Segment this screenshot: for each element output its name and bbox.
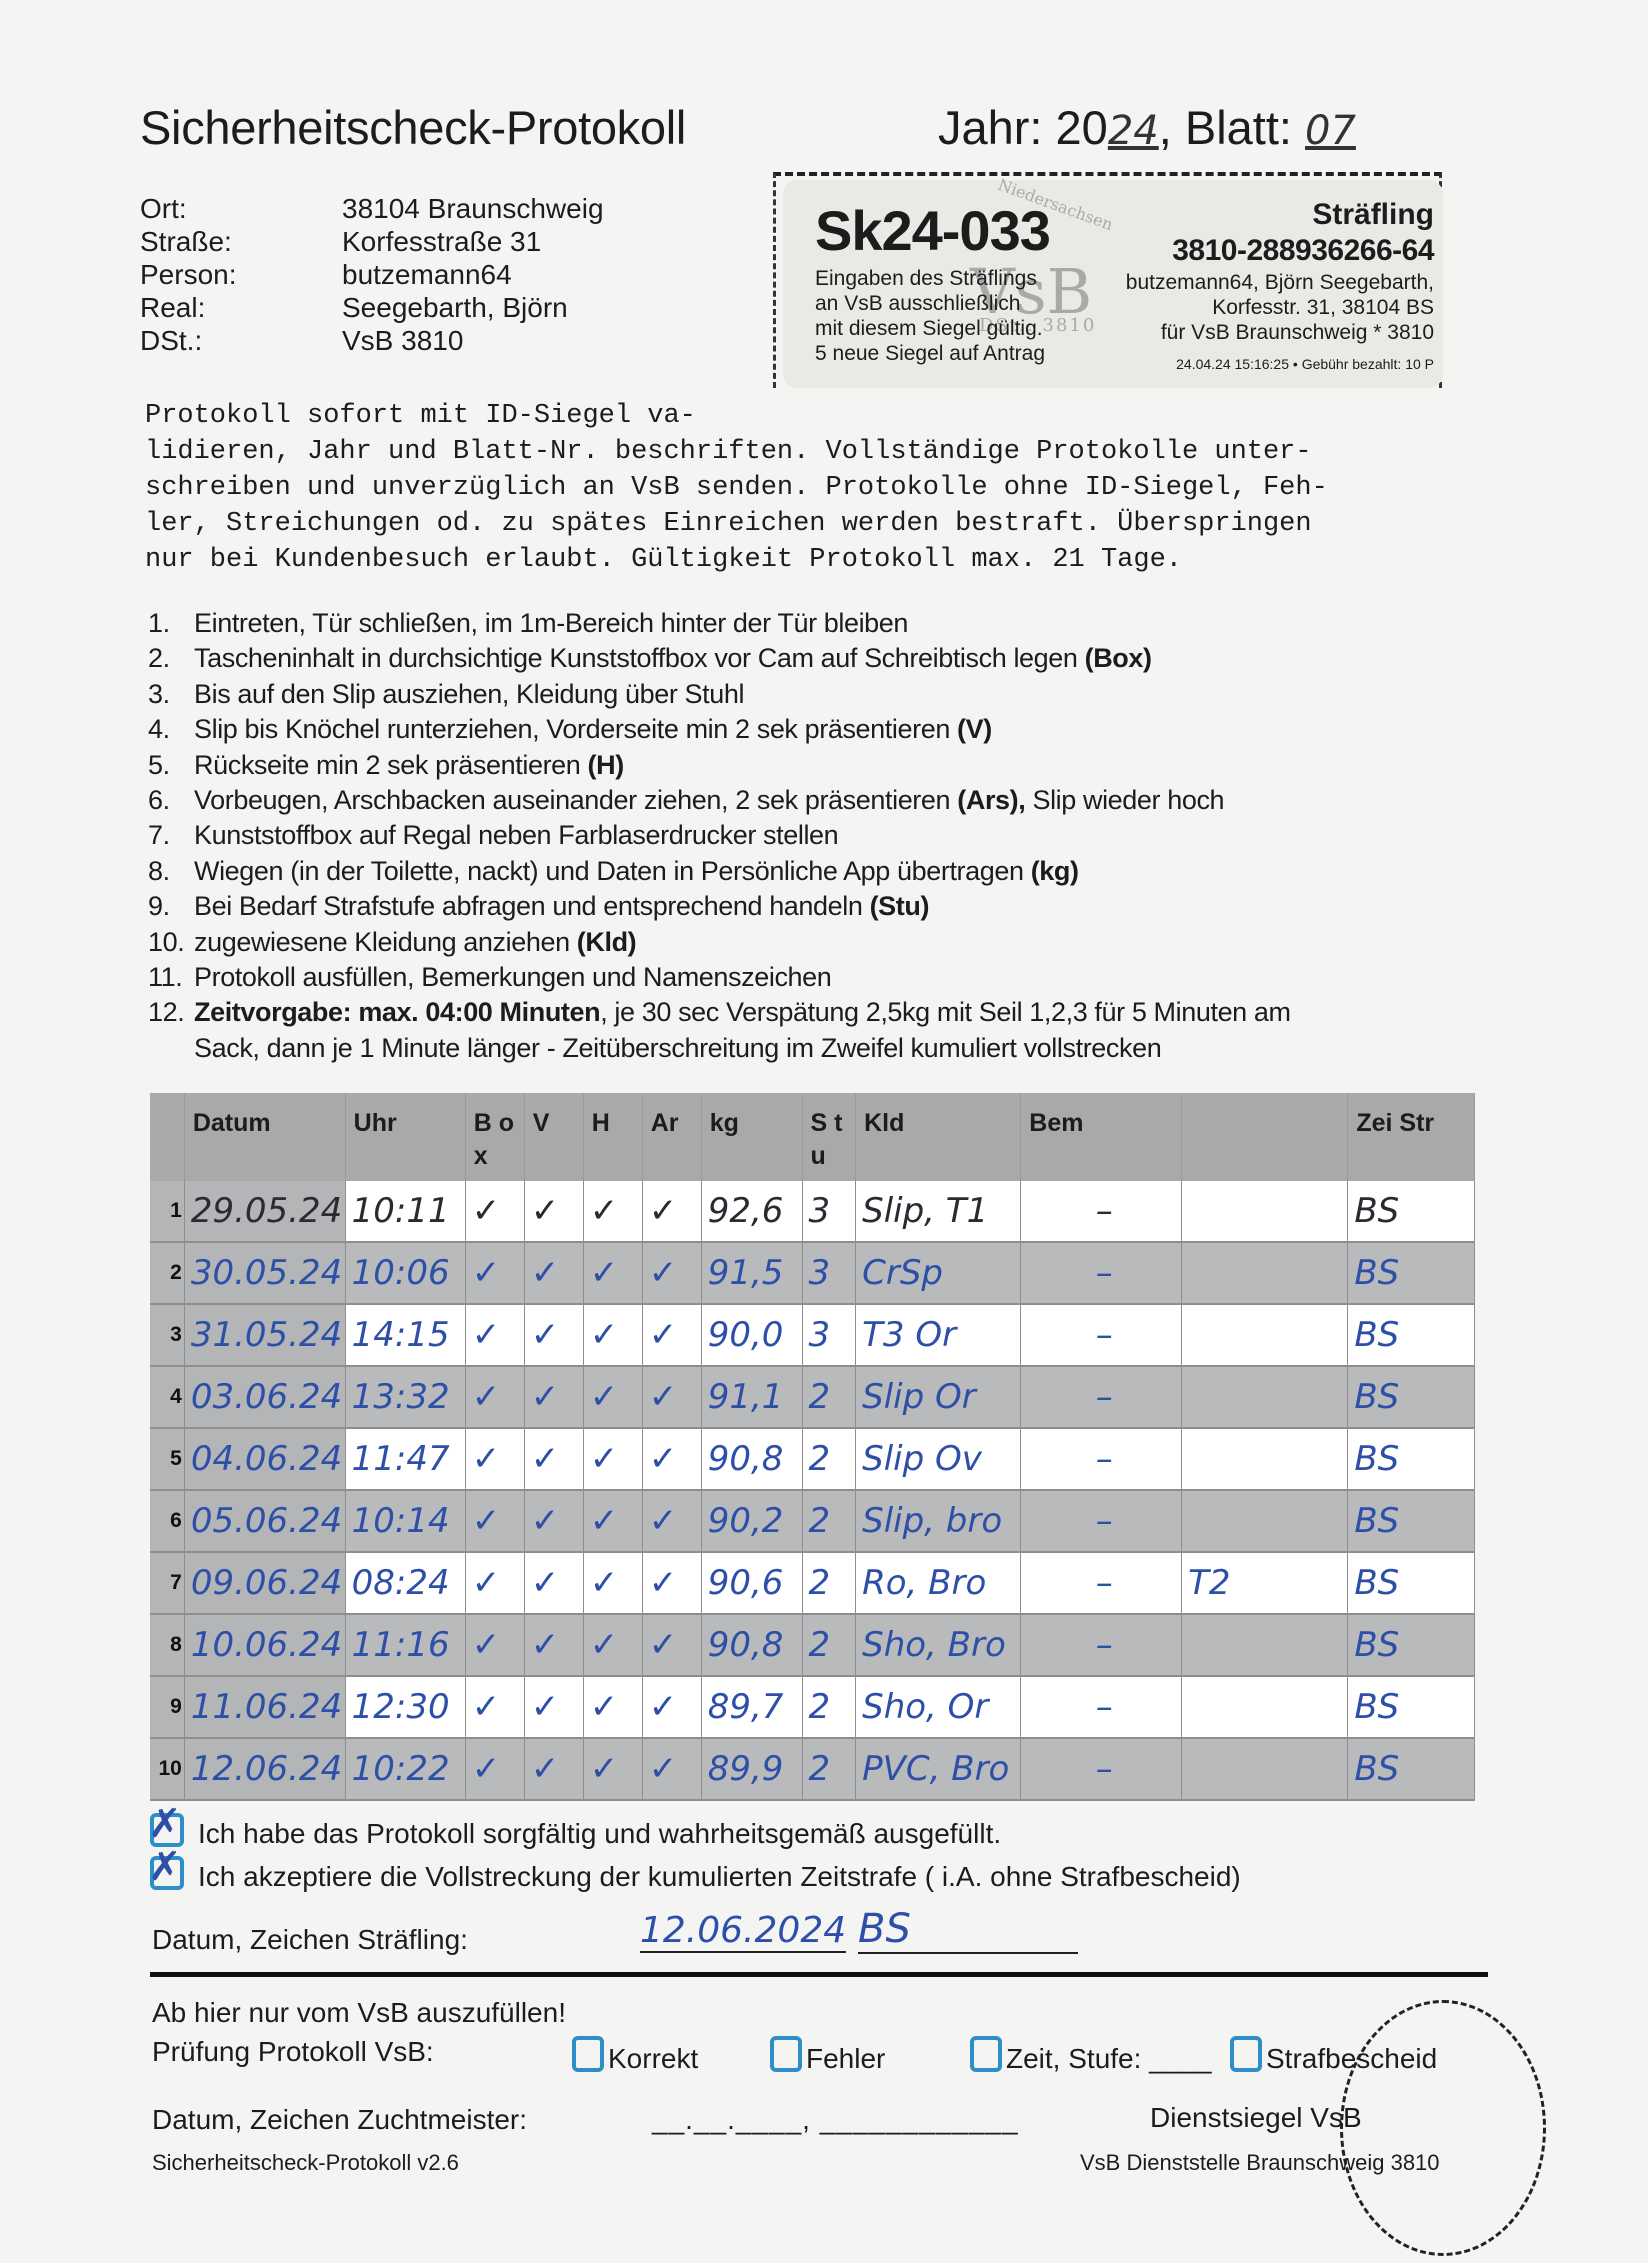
column-header: Zei Str — [1348, 1093, 1475, 1181]
row-index: 4 — [150, 1366, 184, 1428]
seal-number: 3810-288936266-64 — [1172, 234, 1434, 268]
step-text-wrap: Vorbeugen, Arschbacken auseinander ziehe… — [194, 783, 1224, 818]
cell-kld[interactable]: Slip, T1 — [856, 1181, 1021, 1242]
footer-version: Sicherheitscheck-Protokoll v2.6 — [152, 2150, 459, 2176]
confirmation-item: Ich habe das Protokoll sorgfältig und wa… — [150, 1812, 1241, 1855]
step-item: 1.Eintreten, Tür schließen, im 1m-Bereic… — [148, 606, 1291, 641]
cell-kld[interactable]: CrSp — [856, 1242, 1021, 1304]
cell-h[interactable]: ✓ — [583, 1242, 642, 1304]
cell-v[interactable]: ✓ — [524, 1552, 583, 1614]
cell-h[interactable]: ✓ — [583, 1614, 642, 1676]
vsb-option[interactable]: Korrekt — [572, 2036, 698, 2075]
seal-footer: 24.04.24 15:16:25 • Gebühr bezahlt: 10 P — [1176, 356, 1434, 372]
cell-kg[interactable]: 89,7 — [701, 1676, 802, 1738]
table-row: 504.06.2411:47✓✓✓✓90,82Slip Ov–BS — [150, 1428, 1475, 1490]
step-number: 4. — [148, 712, 194, 747]
cell-datum[interactable]: 31.05.24 — [184, 1304, 345, 1366]
cell-uhr[interactable]: 13:32 — [345, 1366, 465, 1428]
cell-bem[interactable]: – — [1021, 1304, 1182, 1366]
info-label: Person: — [140, 258, 342, 291]
step-number: 7. — [148, 818, 194, 853]
vsb-check-label: Prüfung Protokoll VsB: — [152, 2036, 434, 2067]
cell-stu[interactable]: 2 — [802, 1490, 856, 1552]
info-value: Seegebarth, Björn — [342, 291, 568, 324]
info-row: DSt.:VsB 3810 — [140, 324, 604, 357]
cell-v[interactable]: ✓ — [524, 1304, 583, 1366]
step-number — [148, 1031, 194, 1066]
step-code: (V) — [957, 714, 992, 744]
cell-box[interactable]: ✓ — [465, 1614, 524, 1676]
footer-office: VsB Dienststelle Braunschweig 3810 — [1080, 2150, 1440, 2176]
column-header: H — [583, 1093, 642, 1181]
cell-extra[interactable] — [1182, 1428, 1348, 1490]
cell-zei[interactable]: BS — [1348, 1304, 1475, 1366]
zuchtmeister-label: Datum, Zeichen Zuchtmeister: — [152, 2104, 527, 2136]
info-value: Korfesstraße 31 — [342, 225, 541, 258]
cell-kg[interactable]: 91,1 — [701, 1366, 802, 1428]
info-label: DSt.: — [140, 324, 342, 357]
confirmation-checkbox[interactable] — [150, 1856, 184, 1890]
cell-box[interactable]: ✓ — [465, 1304, 524, 1366]
column-header: S tu — [802, 1093, 856, 1181]
cell-ar[interactable]: ✓ — [642, 1552, 701, 1614]
column-header: kg — [701, 1093, 802, 1181]
column-header: Bem — [1021, 1093, 1182, 1181]
step-text-wrap: Slip bis Knöchel runterziehen, Vordersei… — [194, 712, 992, 747]
cell-zei[interactable]: BS — [1348, 1366, 1475, 1428]
table-row: 911.06.2412:30✓✓✓✓89,72Sho, Or–BS — [150, 1676, 1475, 1738]
cell-ar[interactable]: ✓ — [642, 1366, 701, 1428]
vsb-option-label: Zeit, Stufe: ____ — [1006, 2043, 1211, 2074]
step-item: 5.Rückseite min 2 sek präsentieren (H) — [148, 748, 1291, 783]
cell-bem[interactable]: – — [1021, 1552, 1182, 1614]
cell-kld[interactable]: Ro, Bro — [856, 1552, 1021, 1614]
column-header: Uhr — [345, 1093, 465, 1181]
step-text: Sack, dann je 1 Minute länger - Zeitüber… — [194, 1033, 1161, 1063]
cell-box[interactable]: ✓ — [465, 1676, 524, 1738]
cell-datum[interactable]: 11.06.24 — [184, 1676, 345, 1738]
cell-extra[interactable] — [1182, 1676, 1348, 1738]
step-text-wrap: Bei Bedarf Strafstufe abfragen und entsp… — [194, 889, 929, 924]
step-item: 11.Protokoll ausfüllen, Bemerkungen und … — [148, 960, 1291, 995]
cell-datum[interactable]: 05.06.24 — [184, 1490, 345, 1552]
cell-kg[interactable]: 90,8 — [701, 1428, 802, 1490]
step-code: (Box) — [1085, 643, 1152, 673]
vsb-option[interactable]: Fehler — [770, 2036, 885, 2075]
cell-h[interactable]: ✓ — [583, 1738, 642, 1800]
table-row: 810.06.2411:16✓✓✓✓90,82Sho, Bro–BS — [150, 1614, 1475, 1676]
cell-zei[interactable]: BS — [1348, 1242, 1475, 1304]
column-header — [150, 1093, 184, 1181]
cell-zei[interactable]: BS — [1348, 1428, 1475, 1490]
step-text: Slip bis Knöchel runterziehen, Vordersei… — [194, 714, 957, 744]
step-text-wrap: Wiegen (in der Toilette, nackt) und Date… — [194, 854, 1079, 889]
cell-uhr[interactable]: 11:16 — [345, 1614, 465, 1676]
cell-ar[interactable]: ✓ — [642, 1428, 701, 1490]
cell-v[interactable]: ✓ — [524, 1366, 583, 1428]
signature-date-field[interactable]: 12.06.2024 — [640, 1910, 846, 1953]
table-header-row: DatumUhrB oxVHArkgS tuKldBemZei Str — [150, 1093, 1475, 1181]
cell-stu[interactable]: 2 — [802, 1552, 856, 1614]
signature-mark-field[interactable]: BS — [858, 1906, 1078, 1954]
confirmation-text: Ich habe das Protokoll sorgfältig und wa… — [198, 1818, 1001, 1849]
cell-datum[interactable]: 12.06.24 — [184, 1738, 345, 1800]
step-text: zugewiesene Kleidung anziehen — [194, 927, 577, 957]
cell-datum[interactable]: 10.06.24 — [184, 1614, 345, 1676]
cell-stu[interactable]: 2 — [802, 1428, 856, 1490]
cell-stu[interactable]: 2 — [802, 1738, 856, 1800]
cell-uhr[interactable]: 14:15 — [345, 1304, 465, 1366]
confirmation-text: Ich akzeptiere die Vollstreckung der kum… — [198, 1861, 1241, 1892]
table-row: 605.06.2410:14✓✓✓✓90,22Slip, bro–BS — [150, 1490, 1475, 1552]
step-number: 3. — [148, 677, 194, 712]
cell-ar[interactable]: ✓ — [642, 1304, 701, 1366]
cell-zei[interactable]: BS — [1348, 1676, 1475, 1738]
step-text: Bei Bedarf Strafstufe abfragen und entsp… — [194, 891, 870, 921]
table-body: 129.05.2410:11✓✓✓✓92,63Slip, T1–BS230.05… — [150, 1181, 1475, 1800]
step-text-wrap: Protokoll ausfüllen, Bemerkungen und Nam… — [194, 960, 831, 995]
info-row: Real:Seegebarth, Björn — [140, 291, 604, 324]
cell-v[interactable]: ✓ — [524, 1614, 583, 1676]
step-number: 5. — [148, 748, 194, 783]
cell-uhr[interactable]: 12:30 — [345, 1676, 465, 1738]
cell-box[interactable]: ✓ — [465, 1490, 524, 1552]
cell-uhr[interactable]: 11:47 — [345, 1428, 465, 1490]
cell-ar[interactable]: ✓ — [642, 1242, 701, 1304]
cell-extra[interactable] — [1182, 1181, 1348, 1242]
table-row: 709.06.2408:24✓✓✓✓90,62Ro, Bro–T2BS — [150, 1552, 1475, 1614]
cell-stu[interactable]: 2 — [802, 1366, 856, 1428]
step-number: 6. — [148, 783, 194, 818]
zuchtmeister-signature-field[interactable]: __.__.____, ____________ — [652, 2104, 1019, 2136]
step-text-wrap: zugewiesene Kleidung anziehen (Kld) — [194, 925, 636, 960]
seal-right-line: Korfesstr. 31, 38104 BS — [1126, 295, 1434, 320]
step-number: 10. — [148, 925, 194, 960]
cell-v[interactable]: ✓ — [524, 1181, 583, 1242]
step-code: (Ars), — [957, 785, 1025, 815]
cell-box[interactable]: ✓ — [465, 1552, 524, 1614]
seal-right-line: butzemann64, Björn Seegebarth, — [1126, 270, 1434, 295]
cell-ar[interactable]: ✓ — [642, 1676, 701, 1738]
cell-uhr[interactable]: 10:11 — [345, 1181, 465, 1242]
step-item: 3.Bis auf den Slip ausziehen, Kleidung ü… — [148, 677, 1291, 712]
steps-list: 1.Eintreten, Tür schließen, im 1m-Bereic… — [148, 606, 1291, 1066]
cell-bem[interactable]: – — [1021, 1490, 1182, 1552]
cell-zei[interactable]: BS — [1348, 1181, 1475, 1242]
table-row: 1012.06.2410:22✓✓✓✓89,92PVC, Bro–BS — [150, 1738, 1475, 1800]
info-label: Real: — [140, 291, 342, 324]
cell-ar[interactable]: ✓ — [642, 1490, 701, 1552]
cell-kg[interactable]: 89,9 — [701, 1738, 802, 1800]
cell-kg[interactable]: 92,6 — [701, 1181, 802, 1242]
cell-v[interactable]: ✓ — [524, 1490, 583, 1552]
cell-h[interactable]: ✓ — [583, 1676, 642, 1738]
step-text: Kunststoffbox auf Regal neben Farblaserd… — [194, 820, 838, 850]
row-index: 6 — [150, 1490, 184, 1552]
seal-left-line: 5 neue Siegel auf Antrag — [815, 341, 1045, 366]
step-item: 7.Kunststoffbox auf Regal neben Farblase… — [148, 818, 1291, 853]
step-code: (Stu) — [870, 891, 929, 921]
cell-h[interactable]: ✓ — [583, 1304, 642, 1366]
cell-bem[interactable]: – — [1021, 1738, 1182, 1800]
step-text: Protokoll ausfüllen, Bemerkungen und Nam… — [194, 962, 831, 992]
column-header — [1182, 1093, 1348, 1181]
cell-kld[interactable]: PVC, Bro — [856, 1738, 1021, 1800]
step-text: Wiegen (in der Toilette, nackt) und Date… — [194, 856, 1031, 886]
step-item: 4.Slip bis Knöchel runterziehen, Vorders… — [148, 712, 1291, 747]
seal-left-line: mit diesem Siegel gültig. — [815, 316, 1045, 341]
info-value: butzemann64 — [342, 258, 512, 291]
step-code: (Kld) — [577, 927, 636, 957]
cell-extra[interactable] — [1182, 1614, 1348, 1676]
info-row: Straße:Korfesstraße 31 — [140, 225, 604, 258]
row-index: 3 — [150, 1304, 184, 1366]
sheet-field[interactable]: 07 — [1305, 108, 1356, 154]
step-text: , je 30 sec Verspätung 2,5kg mit Seil 1,… — [600, 997, 1290, 1027]
cell-datum[interactable]: 30.05.24 — [184, 1242, 345, 1304]
step-text-wrap: Eintreten, Tür schließen, im 1m-Bereich … — [194, 606, 908, 641]
step-text-wrap: Sack, dann je 1 Minute länger - Zeitüber… — [194, 1031, 1161, 1066]
cell-kg[interactable]: 90,8 — [701, 1614, 802, 1676]
step-text-wrap: Bis auf den Slip ausziehen, Kleidung übe… — [194, 677, 744, 712]
dienstsiegel-label: Dienstsiegel VsB — [1150, 2102, 1362, 2134]
cell-bem[interactable]: – — [1021, 1181, 1182, 1242]
cell-datum[interactable]: 29.05.24 — [184, 1181, 345, 1242]
cell-h[interactable]: ✓ — [583, 1181, 642, 1242]
column-header: Datum — [184, 1093, 345, 1181]
seal-left-line: an VsB ausschließlich — [815, 291, 1045, 316]
cell-ar[interactable]: ✓ — [642, 1181, 701, 1242]
table-row: 129.05.2410:11✓✓✓✓92,63Slip, T1–BS — [150, 1181, 1475, 1242]
vsb-option-checkbox[interactable] — [770, 2036, 802, 2072]
row-index: 9 — [150, 1676, 184, 1738]
cell-extra[interactable] — [1182, 1490, 1348, 1552]
step-item: 2.Tascheninhalt in durchsichtige Kunstst… — [148, 641, 1291, 676]
step-number: 9. — [148, 889, 194, 924]
seal-role: Sträfling — [1312, 198, 1434, 232]
signature-label: Datum, Zeichen Sträfling: — [152, 1924, 468, 1956]
column-header: Kld — [856, 1093, 1021, 1181]
vsb-check-row: Prüfung Protokoll VsB: KorrektFehlerZeit… — [152, 2036, 1502, 2068]
cell-zei[interactable]: BS — [1348, 1490, 1475, 1552]
row-index: 5 — [150, 1428, 184, 1490]
step-text-wrap: Tascheninhalt in durchsichtige Kunststof… — [194, 641, 1152, 676]
cell-kg[interactable]: 90,0 — [701, 1304, 802, 1366]
cell-v[interactable]: ✓ — [524, 1242, 583, 1304]
confirmations: Ich habe das Protokoll sorgfältig und wa… — [150, 1812, 1241, 1898]
step-number: 1. — [148, 606, 194, 641]
cell-zei[interactable]: BS — [1348, 1738, 1475, 1800]
step-code: (H) — [588, 750, 624, 780]
cell-ar[interactable]: ✓ — [642, 1614, 701, 1676]
cell-v[interactable]: ✓ — [524, 1676, 583, 1738]
cell-extra[interactable] — [1182, 1304, 1348, 1366]
info-label: Ort: — [140, 192, 342, 225]
vsb-option[interactable]: Zeit, Stufe: ____ — [970, 2036, 1211, 2075]
cell-h[interactable]: ✓ — [583, 1428, 642, 1490]
rules-paragraph: Protokoll sofort mit ID-Siegel va- lidie… — [145, 398, 1485, 578]
cell-h[interactable]: ✓ — [583, 1366, 642, 1428]
cell-uhr[interactable]: 10:06 — [345, 1242, 465, 1304]
cell-kg[interactable]: 90,2 — [701, 1490, 802, 1552]
step-text: Eintreten, Tür schließen, im 1m-Bereich … — [194, 608, 908, 638]
step-number: 11. — [148, 960, 194, 995]
step-number: 12. — [148, 995, 194, 1030]
check-log-table: DatumUhrB oxVHArkgS tuKldBemZei Str 129.… — [150, 1093, 1475, 1801]
cell-kld[interactable]: Slip Or — [856, 1366, 1021, 1428]
step-text-wrap: Zeitvorgabe: max. 04:00 Minuten, je 30 s… — [194, 995, 1291, 1030]
seal-left-text: Eingaben des Sträflingsan VsB ausschließ… — [815, 266, 1045, 366]
table-row: 403.06.2413:32✓✓✓✓91,12Slip Or–BS — [150, 1366, 1475, 1428]
step-item: 6.Vorbeugen, Arschbacken auseinander zie… — [148, 783, 1291, 818]
year-label: Jahr: 20 — [938, 101, 1108, 154]
cell-h[interactable]: ✓ — [583, 1552, 642, 1614]
row-index: 1 — [150, 1181, 184, 1242]
vsb-option-checkbox[interactable] — [572, 2036, 604, 2072]
cell-v[interactable]: ✓ — [524, 1428, 583, 1490]
row-index: 8 — [150, 1614, 184, 1676]
cell-kld[interactable]: Slip Ov — [856, 1428, 1021, 1490]
cell-kld[interactable]: T3 Or — [856, 1304, 1021, 1366]
info-row: Ort:38104 Braunschweig — [140, 192, 604, 225]
vsb-option-checkbox[interactable] — [970, 2036, 1002, 2072]
cell-kld[interactable]: Sho, Or — [856, 1676, 1021, 1738]
row-index: 10 — [150, 1738, 184, 1800]
step-lead-bold: Zeitvorgabe: max. 04:00 Minuten — [194, 997, 600, 1027]
info-label: Straße: — [140, 225, 342, 258]
step-text: Rückseite min 2 sek präsentieren — [194, 750, 588, 780]
dienstsiegel-placeholder — [1340, 2000, 1546, 2256]
step-number: 2. — [148, 641, 194, 676]
seal-id: Sk24-033 — [815, 198, 1050, 263]
cell-stu[interactable]: 2 — [802, 1676, 856, 1738]
confirmation-checkbox[interactable] — [150, 1813, 184, 1847]
column-header: V — [524, 1093, 583, 1181]
step-text-wrap: Rückseite min 2 sek präsentieren (H) — [194, 748, 624, 783]
cell-uhr[interactable]: 08:24 — [345, 1552, 465, 1614]
section-divider — [150, 1972, 1488, 1977]
cell-kld[interactable]: Sho, Bro — [856, 1614, 1021, 1676]
info-value: 38104 Braunschweig — [342, 192, 604, 225]
column-header: Ar — [642, 1093, 701, 1181]
seal-right-line: für VsB Braunschweig * 3810 — [1126, 320, 1434, 345]
cell-bem[interactable]: – — [1021, 1366, 1182, 1428]
cell-stu[interactable]: 3 — [802, 1242, 856, 1304]
personal-info: Ort:38104 BraunschweigStraße:Korfesstraß… — [140, 192, 604, 357]
step-code: (kg) — [1031, 856, 1079, 886]
table-row: 230.05.2410:06✓✓✓✓91,53CrSp–BS — [150, 1242, 1475, 1304]
step-text: Tascheninhalt in durchsichtige Kunststof… — [194, 643, 1085, 673]
cell-box[interactable]: ✓ — [465, 1428, 524, 1490]
vsb-section-title: Ab hier nur vom VsB auszufüllen! — [152, 1997, 566, 2029]
info-row: Person:butzemann64 — [140, 258, 604, 291]
cell-bem[interactable]: – — [1021, 1614, 1182, 1676]
vsb-option-checkbox[interactable] — [1230, 2036, 1262, 2072]
cell-extra[interactable]: T2 — [1182, 1552, 1348, 1614]
step-item: 9.Bei Bedarf Strafstufe abfragen und ent… — [148, 889, 1291, 924]
cell-datum[interactable]: 09.06.24 — [184, 1552, 345, 1614]
step-text-wrap: Kunststoffbox auf Regal neben Farblaserd… — [194, 818, 838, 853]
cell-stu[interactable]: 3 — [802, 1304, 856, 1366]
step-item: 10.zugewiesene Kleidung anziehen (Kld) — [148, 925, 1291, 960]
seal-left-line: Eingaben des Sträflings — [815, 266, 1045, 291]
cell-bem[interactable]: – — [1021, 1428, 1182, 1490]
cell-kld[interactable]: Slip, bro — [856, 1490, 1021, 1552]
cell-extra[interactable] — [1182, 1738, 1348, 1800]
cell-box[interactable]: ✓ — [465, 1181, 524, 1242]
step-text: Bis auf den Slip ausziehen, Kleidung übe… — [194, 679, 744, 709]
cell-box[interactable]: ✓ — [465, 1242, 524, 1304]
year-field[interactable]: 24 — [1108, 108, 1159, 154]
cell-box[interactable]: ✓ — [465, 1366, 524, 1428]
cell-zei[interactable]: BS — [1348, 1552, 1475, 1614]
step-item: 8.Wiegen (in der Toilette, nackt) und Da… — [148, 854, 1291, 889]
row-index: 2 — [150, 1242, 184, 1304]
cell-stu[interactable]: 3 — [802, 1181, 856, 1242]
seal-right-text: butzemann64, Björn Seegebarth,Korfesstr.… — [1126, 270, 1434, 345]
column-header: B ox — [465, 1093, 524, 1181]
vsb-option-label: Korrekt — [608, 2043, 698, 2074]
sheet-label: , Blatt: — [1159, 101, 1305, 154]
cell-v[interactable]: ✓ — [524, 1738, 583, 1800]
cell-stu[interactable]: 2 — [802, 1614, 856, 1676]
step-text: Vorbeugen, Arschbacken auseinander ziehe… — [194, 785, 957, 815]
cell-box[interactable]: ✓ — [465, 1738, 524, 1800]
cell-kg[interactable]: 90,6 — [701, 1552, 802, 1614]
step-tail: Slip wieder hoch — [1025, 785, 1224, 815]
cell-uhr[interactable]: 10:14 — [345, 1490, 465, 1552]
cell-bem[interactable]: – — [1021, 1676, 1182, 1738]
cell-kg[interactable]: 91,5 — [701, 1242, 802, 1304]
confirmation-item: Ich akzeptiere die Vollstreckung der kum… — [150, 1855, 1241, 1898]
cell-datum[interactable]: 04.06.24 — [184, 1428, 345, 1490]
cell-zei[interactable]: BS — [1348, 1614, 1475, 1676]
table-row: 331.05.2414:15✓✓✓✓90,03T3 Or–BS — [150, 1304, 1475, 1366]
cell-ar[interactable]: ✓ — [642, 1738, 701, 1800]
cell-uhr[interactable]: 10:22 — [345, 1738, 465, 1800]
info-value: VsB 3810 — [342, 324, 463, 357]
cell-extra[interactable] — [1182, 1242, 1348, 1304]
cell-h[interactable]: ✓ — [583, 1490, 642, 1552]
page-title: Sicherheitscheck-Protokoll — [140, 100, 686, 155]
cell-bem[interactable]: – — [1021, 1242, 1182, 1304]
year-sheet-header: Jahr: 2024, Blatt: 07 — [938, 100, 1356, 155]
vsb-option-label: Fehler — [806, 2043, 885, 2074]
row-index: 7 — [150, 1552, 184, 1614]
cell-datum[interactable]: 03.06.24 — [184, 1366, 345, 1428]
step-number: 8. — [148, 854, 194, 889]
step-item: 12.Zeitvorgabe: max. 04:00 Minuten, je 3… — [148, 995, 1291, 1030]
step-item: Sack, dann je 1 Minute länger - Zeitüber… — [148, 1031, 1291, 1066]
cell-extra[interactable] — [1182, 1366, 1348, 1428]
